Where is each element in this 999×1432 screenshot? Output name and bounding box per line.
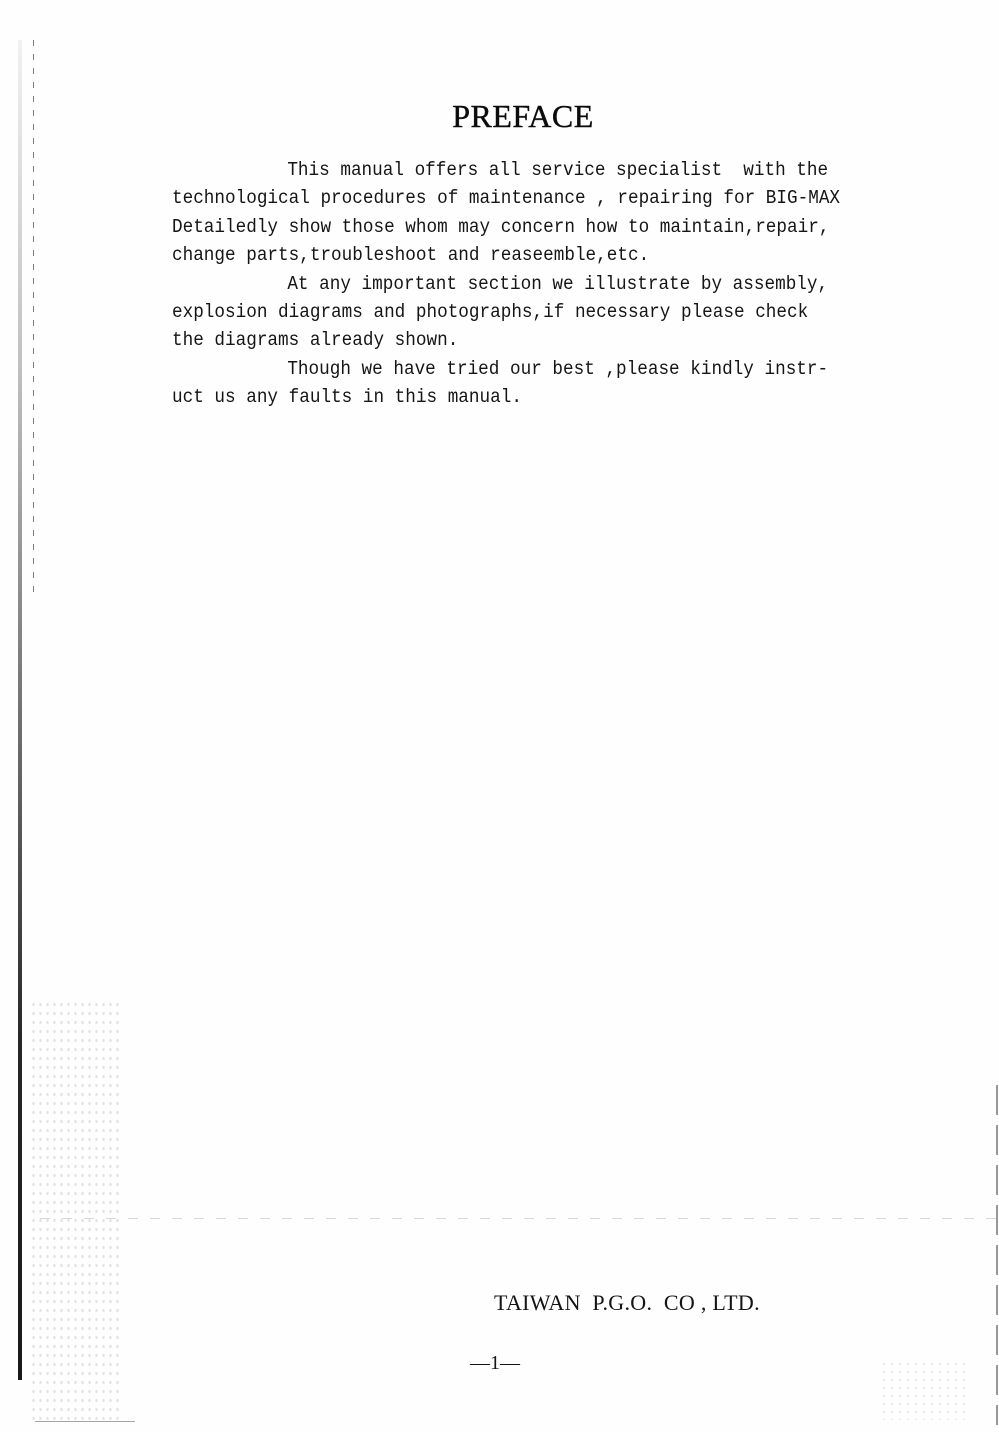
paragraph-1: This manual offers all service specialis… bbox=[172, 156, 823, 270]
paragraph-line: Detailedly show those whom may concern h… bbox=[172, 213, 823, 241]
bottom-edge-artifact bbox=[35, 1421, 135, 1422]
page-number: —1— bbox=[470, 1352, 520, 1375]
paragraph-line: This manual offers all service specialis… bbox=[172, 156, 823, 184]
paragraph-3: Though we have tried our best ,please ki… bbox=[172, 355, 823, 412]
paragraph-line: change parts,troubleshoot and reaseemble… bbox=[172, 241, 823, 269]
page-title: PREFACE bbox=[0, 98, 999, 135]
fold-line-artifact bbox=[40, 1218, 999, 1219]
paragraph-line: technological procedures of maintenance … bbox=[172, 184, 823, 212]
paragraph-2: At any important section we illustrate b… bbox=[172, 270, 823, 355]
right-edge-artifact bbox=[996, 1085, 998, 1425]
paragraph-line: explosion diagrams and photographs,if ne… bbox=[172, 298, 823, 326]
paragraph-line: At any important section we illustrate b… bbox=[172, 270, 823, 298]
binding-edge-artifact bbox=[18, 40, 22, 1380]
scanned-page: PREFACE This manual offers all service s… bbox=[0, 0, 999, 1432]
paragraph-line: the diagrams already shown. bbox=[172, 326, 823, 354]
scan-noise-right bbox=[880, 1360, 970, 1420]
company-name: TAIWAN P.G.O. CO , LTD. bbox=[494, 1290, 760, 1316]
preface-body: This manual offers all service specialis… bbox=[172, 156, 823, 412]
paragraph-line: Though we have tried our best ,please ki… bbox=[172, 355, 823, 383]
paragraph-line: uct us any faults in this manual. bbox=[172, 383, 823, 411]
scan-noise-left bbox=[30, 1000, 120, 1420]
